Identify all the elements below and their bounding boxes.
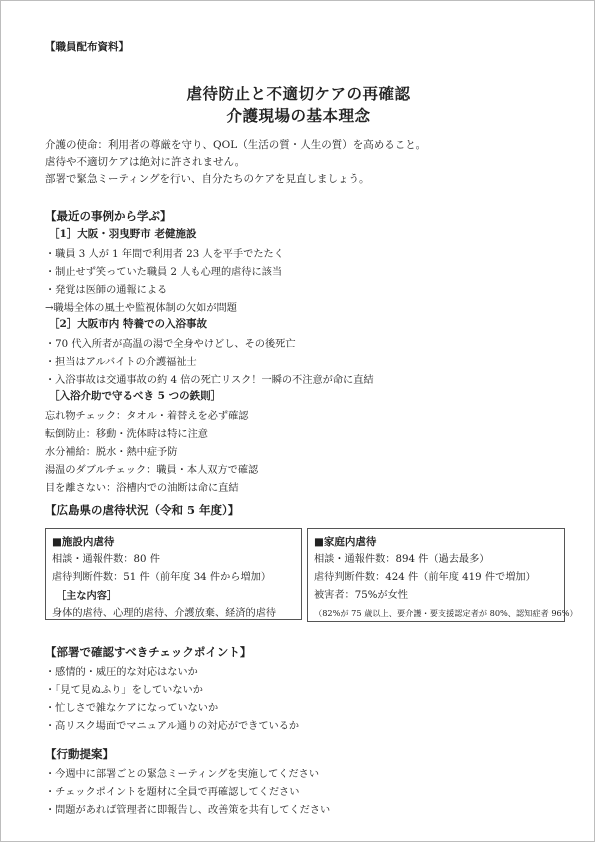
case1-line: ・制止せず笑っていた職員 2 人も心理的虐待に該当 (45, 263, 282, 278)
rules-title: ［入浴介助で守るべき 5 つの鉄則］ (49, 388, 221, 403)
action-item: ・今週中に部署ごとの緊急ミーティングを実施してください (45, 765, 319, 780)
intro-section: 介護の使命：利用者の尊厳を守り、QOL（生活の質・人生の質）を高めること。 虐待… (45, 137, 426, 188)
home-note: （82%が 75 歳以上、要介護・要支援認定者が 80%、認知症者 96%） (314, 605, 558, 621)
rule-item: 湯温のダブルチェック：職員・本人双方で確認 (45, 461, 258, 476)
checkpoint-item: ・「見て見ぬふり」をしていないか (45, 681, 203, 696)
facility-content: 身体的虐待、心理的虐待、介護放棄、経済的虐待 (52, 605, 295, 623)
document-page: 【職員配布資料】 虐待防止と不適切ケアの再確認 介護現場の基本理念 介護の使命：… (0, 0, 595, 842)
home-victims: 被害者：75%が女性 (314, 587, 558, 605)
case1-line: ・発覚は医師の通報による (45, 281, 167, 296)
case2-title: ［2］大阪市内 特養での入浴事故 (49, 316, 207, 331)
facility-abuse-box: ■施設内虐待 相談・通報件数：80 件 虐待判断件数：51 件（前年度 34 件… (45, 528, 302, 620)
checkpoint-item: ・感情的・威圧的な対応はないか (45, 663, 198, 678)
home-judged: 虐待判断件数：424 件（前年度 419 件で増加） (314, 569, 558, 587)
home-abuse-box: ■家庭内虐待 相談・通報件数：894 件（過去最多） 虐待判断件数：424 件（… (307, 528, 565, 622)
home-consultations: 相談・通報件数：894 件（過去最多） (314, 551, 558, 569)
case1-conclusion: →職場全体の風土や監視体制の欠如が問題 (45, 299, 237, 314)
rule-item: 水分補給：脱水・熱中症予防 (45, 443, 177, 458)
checkpoint-item: ・高リスク場面でマニュアル通りの対応ができているか (45, 717, 299, 732)
document-tag: 【職員配布資料】 (45, 39, 129, 54)
facility-consultations: 相談・通報件数：80 件 (52, 551, 295, 569)
action-item: ・チェックポイントを題材に全員で再確認してください (45, 783, 299, 798)
rule-item: 忘れ物チェック：タオル・着替えを必ず確認 (45, 407, 248, 422)
case2-line: ・担当はアルバイトの介護福祉士 (45, 353, 197, 368)
home-abuse-title: ■家庭内虐待 (314, 533, 558, 551)
case1-line: ・職員 3 人が 1 年間で利用者 23 人を平手でたたく (45, 245, 284, 260)
rule-item: 転倒防止：移動・洗体時は特に注意 (45, 425, 208, 440)
cases-heading: 【最近の事例から学ぶ】 (45, 208, 172, 224)
checkpoint-item: ・忙しさで雑なケアになっていないか (45, 699, 218, 714)
case2-line: ・入浴事故は交通事故の約 4 倍の死亡リスク！一瞬の不注意が命に直結 (45, 371, 374, 386)
rule-item: 目を離さない：浴槽内での油断は命に直結 (45, 479, 239, 494)
facility-abuse-title: ■施設内虐待 (52, 533, 295, 551)
checkpoints-heading: 【部署で確認すべきチェックポイント】 (45, 644, 251, 660)
intro-line: 部署で緊急ミーティングを行い、自分たちのケアを見直しましょう。 (45, 171, 426, 188)
facility-judged: 虐待判断件数：51 件（前年度 34 件から増加） (52, 569, 295, 587)
case1-title: ［1］大阪・羽曳野市 老健施設 (49, 226, 196, 241)
hiroshima-heading: 【広島県の虐待状況（令和 5 年度）】 (45, 502, 239, 518)
case2-line: ・70 代入所者が高温の湯で全身やけどし、その後死亡 (45, 335, 296, 350)
document-title: 虐待防止と不適切ケアの再確認 (1, 82, 595, 104)
document-subtitle: 介護現場の基本理念 (1, 104, 595, 126)
intro-line: 介護の使命：利用者の尊厳を守り、QOL（生活の質・人生の質）を高めること。 (45, 137, 426, 154)
facility-content-title: ［主な内容］ (52, 587, 295, 605)
intro-line: 虐待や不適切ケアは絶対に許されません。 (45, 154, 426, 171)
actions-heading: 【行動提案】 (45, 746, 114, 762)
action-item: ・問題があれば管理者に即報告し、改善策を共有してください (45, 801, 330, 816)
